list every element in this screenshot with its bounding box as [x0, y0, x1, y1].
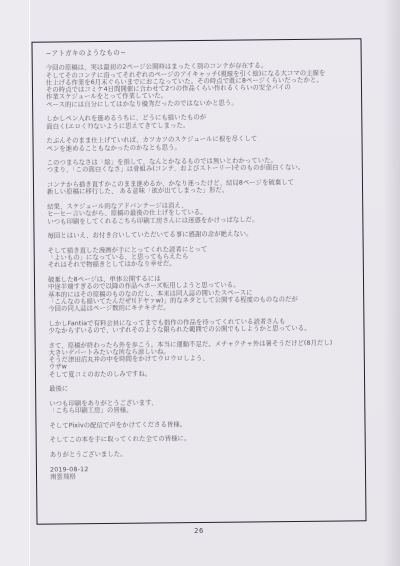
afterword-body: 今回の原稿は、実は最初の2ページ公開時はまったく別のコンテが存在する。そしてその… — [46, 62, 357, 459]
paragraph: コンテから描き直すかこのまま進めるか、かなり迷ったけど、結局8ページを破棄して新… — [47, 178, 354, 196]
afterword-frame: −アトガキのようなもの− 今回の原稿は、実は最初の2ページ公開時はまったく別のコ… — [31, 38, 366, 524]
page-number: 26 — [34, 527, 364, 535]
paragraph: しかしFantiaで有料会員になってまでも拙作の作品を待ってくれている読者さんも… — [48, 317, 355, 335]
scanned-page: −アトガキのようなもの− 今回の原稿は、実は最初の2ページ公開時はまったく別のコ… — [0, 0, 400, 566]
paragraph-line: そしてPixivの配信で声をかけてくださる皆様。 — [49, 419, 356, 430]
scan-right-shadow — [384, 0, 400, 566]
paragraph: 最後に — [49, 383, 356, 394]
paragraph: さて、原稿が終わったら外を歩こう。本当に運動不足だ。メチャクチャ外は暑そうだけど… — [49, 339, 356, 379]
paragraph: 破棄した8ページは、単体公開するには中途半端すぎるので以降の作品へポーズ転用しよ… — [48, 273, 355, 313]
paragraph-line: 最後に — [49, 383, 356, 394]
paragraph: そしてこの本を手に取ってくれた全ての皆様に。 — [50, 434, 357, 445]
paragraph-line: そしてこの本を手に取ってくれた全ての皆様に。 — [50, 434, 357, 445]
paragraph: しかしペン入れを進めるうちに、どうにも描いたものが面白く(エロく?)ないように思… — [46, 113, 353, 131]
paragraph: いつも印刷をありがとうございます、「こちら印刷工房」の皆様。 — [49, 397, 356, 415]
paragraph-line: 毎回とはいえ、お付き合いしていただいてる事に感謝の念が絶えない。 — [47, 229, 354, 240]
paragraph: たぶんそのまま仕上げていれば、カツカツのスケジュールに根を尽くしてペンを進めるこ… — [46, 135, 353, 153]
afterword-title: −アトガキのようなもの− — [46, 47, 353, 58]
paragraph: 結果、スケジュール的なアドバンテージは消え、ヒーヒー言いながら、原稿の最後の仕上… — [47, 200, 354, 225]
paragraph: 毎回とはいえ、お付き合いしていただいてる事に感謝の念が絶えない。 — [47, 229, 354, 240]
page-edge-seam — [29, 0, 30, 566]
scan-left-margin — [0, 0, 29, 566]
paragraph: ありがとうございました。 — [50, 448, 357, 459]
paragraph: そして描き直した漫画が手にとってくれた読者にとって「よいもの」になっている、と思… — [48, 244, 355, 269]
paragraph: そしてPixivの配信で声をかけてくださる皆様。 — [49, 419, 356, 430]
paragraph-line: ありがとうございました。 — [50, 448, 357, 459]
paragraph: このつまらなさは「絵」を指して、なんとかなるものでは無いとわかっていた。つまり、… — [47, 157, 354, 175]
credits-block: 2019-08-12 南雲飛格 — [50, 463, 357, 481]
paragraph: 今回の原稿は、実は最初の2ページ公開時はまったく別のコンテが存在する。そしてその… — [46, 62, 353, 109]
